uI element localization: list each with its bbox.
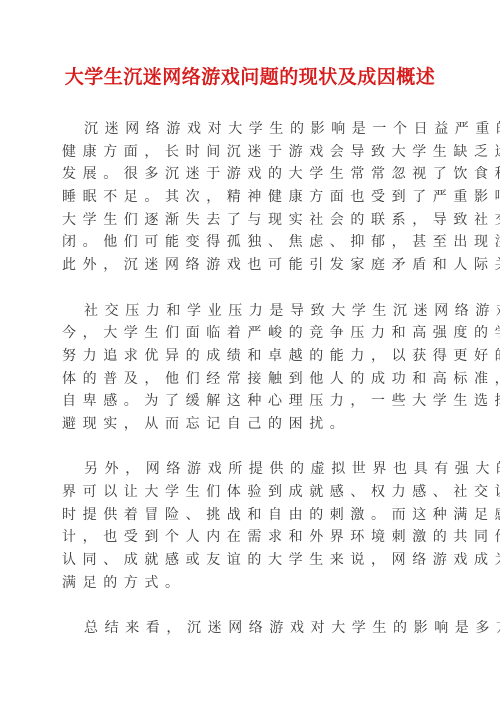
- paragraph-4: 总结来看，沉迷网络游戏对大学生的影响是多方面的，包括身体健康: [62, 617, 442, 640]
- text-line: 发展。很多沉迷于游戏的大学生常常忽视了饮食和休息，导致营养不良和: [62, 163, 442, 186]
- text-line: 睡眠不足。其次，精神健康方面也受到了严重影响。沉迷于虚拟世界中，: [62, 186, 442, 209]
- text-line: 时提供着冒险、挑战和自由的刺激。而这种满足感不仅来自游戏本身的设: [62, 504, 442, 527]
- text-line: 大学生们逐渐失去了与现实社会的联系，导致社交技能的退化和自我封: [62, 209, 442, 232]
- text-line: 计，也受到个人内在需求和外界环境刺激的共同作用。对于一些缺乏身份: [62, 526, 442, 549]
- document-page: 大学生沉迷网络游戏问题的现状及成因概述 沉迷网络游戏对大学生的影响是一个日益严重…: [0, 0, 500, 707]
- text-line: 避现实，从而忘记自己的困扰。: [62, 413, 442, 436]
- text-line: 努力追求优异的成绩和卓越的能力，以获得更好的就业机会。加之社交媒: [62, 345, 442, 368]
- document-title: 大学生沉迷网络游戏问题的现状及成因概述: [0, 62, 500, 89]
- paragraph-3: 另外，网络游戏所提供的虚拟世界也具有强大的吸引力。这个虚拟世 界可以让大学生们体…: [62, 458, 442, 594]
- text-line: 界可以让大学生们体验到成就感、权力感、社交认同等情感上的满足，同: [62, 481, 442, 504]
- text-line: 社交压力和学业压力是导致大学生沉迷网络游戏的重要原因之一。如: [62, 300, 442, 323]
- text-line: 认同、成就感或友谊的大学生来说，网络游戏成为了一种逃离现实并寻求: [62, 549, 442, 572]
- document-body: 沉迷网络游戏对大学生的影响是一个日益严重的问题。首先，在身体 健康方面，长时间沉…: [62, 118, 442, 663]
- paragraph-1: 沉迷网络游戏对大学生的影响是一个日益严重的问题。首先，在身体 健康方面，长时间沉…: [62, 118, 442, 277]
- text-line: 自卑感。为了缓解这种心理压力，一些大学生选择通过沉迷网络游戏来逃: [62, 390, 442, 413]
- text-line: 健康方面，长时间沉迷于游戏会导致大学生缺乏运动，影响视力和体力的: [62, 141, 442, 164]
- text-line: 满足的方式。: [62, 572, 442, 595]
- text-line: 此外，沉迷网络游戏也可能引发家庭矛盾和人际关系问题。: [62, 254, 442, 277]
- text-line: 闭。他们可能变得孤独、焦虑、抑郁，甚至出现注意力缺陷和学习障碍。: [62, 231, 442, 254]
- paragraph-2: 社交压力和学业压力是导致大学生沉迷网络游戏的重要原因之一。如 今，大学生们面临着…: [62, 300, 442, 436]
- text-line: 沉迷网络游戏对大学生的影响是一个日益严重的问题。首先，在身体: [62, 118, 442, 141]
- text-line: 体的普及，他们经常接触到他人的成功和高标准，进而产生一种焦虑感和: [62, 368, 442, 391]
- text-line: 总结来看，沉迷网络游戏对大学生的影响是多方面的，包括身体健康: [62, 617, 442, 640]
- text-line: 今，大学生们面临着严峻的竞争压力和高强度的学习任务，他们需要不断: [62, 322, 442, 345]
- text-line: 另外，网络游戏所提供的虚拟世界也具有强大的吸引力。这个虚拟世: [62, 458, 442, 481]
